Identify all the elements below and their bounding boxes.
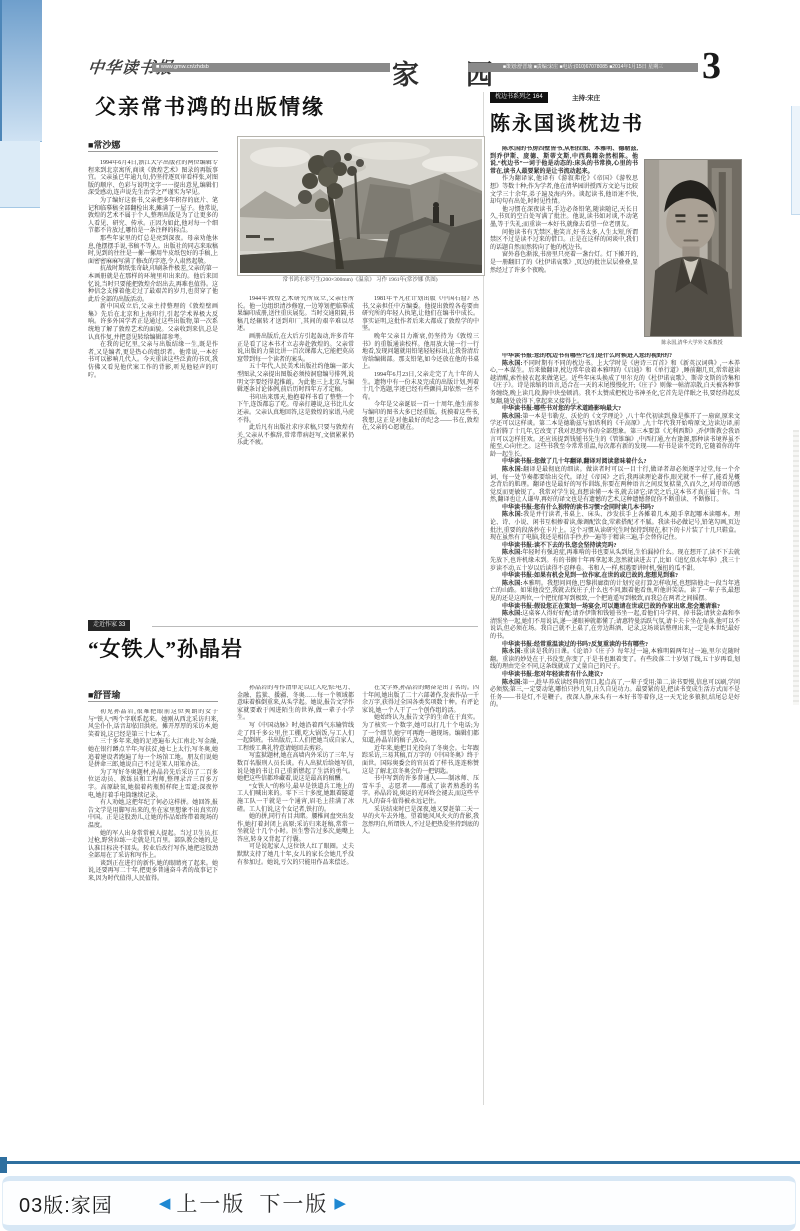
paragraph: 中华读书报:您的枕边书有哪些?它们是什么时候进入您的视野的?: [490, 353, 740, 361]
paragraph: 她的拼,同行有目共睹。腰椎间盘突出发作,她打着封闭上高原;采访归来赶稿,常常一坐…: [237, 814, 354, 844]
article1-painting-image: [237, 136, 485, 276]
byline-rule: [88, 701, 218, 702]
paragraph: 陈永国:不同时期有不同的枕边书。上大学时是《唐诗三百首》和《新英汉词典》,一本养…: [490, 361, 740, 407]
prev-page-link[interactable]: ◀ 上一版: [153, 1188, 246, 1218]
right-edge-panel: [791, 106, 800, 215]
paragraph: 可是说起家人,这位铁人红了眼圈。丈夫默默支持了她几十年,女儿的家长会她几乎没有参…: [237, 844, 354, 867]
masthead-info-bar: ■ www.gmw.cn/zhdsb: [152, 63, 390, 72]
paragraph: 那些年家里的灯总是亮到深夜。母亲劝他休息,他摆摆手说,书稿不等人。出版社的同志来…: [88, 236, 218, 266]
article2-column1: 初见孙晶岩,很难把眼前这位爽朗的女子与“铁人”两个字联系起来。她刚从西北采访归来…: [88, 709, 218, 1103]
prev-arrow-icon[interactable]: ◀: [159, 1194, 171, 1212]
paragraph: 窗外暮色渐浓,书房里只亮着一盏台灯。灯下摊开的,是一册翻旧了的《杜伊诺哀歌》,页…: [490, 252, 638, 275]
paragraph: 她始终认为,报告文学的生命在于真实。为了核实一个数字,她可以打几十个电话;为了一…: [362, 715, 479, 745]
paragraph: 她的军人出身常常被人提起。当过卫生员,扛过枪,野营拉练一走就是几百里。部队教会她…: [88, 831, 218, 861]
article3-qa-column: 中华读书报:您的枕边书有哪些?它们是什么时候进入您的视野的?陈永国:不同时期有不…: [490, 353, 740, 1105]
paragraph: 1981年平凡社计划出版《中国石窟》丛书,父亲担任中方编委。他提出敦煌各卷要由研…: [362, 296, 479, 334]
prev-page-label[interactable]: 上一版: [176, 1188, 245, 1218]
paragraph: 三十多年来,她的足迹遍布大江南北:写金融,她在银行蹲点半年;写扶贫,她七上太行;…: [88, 739, 218, 769]
paragraph: 新中国成立后,父亲主持整理的《敦煌壁画集》先后在北京和上海印行,引起学术界极大反…: [88, 304, 218, 342]
paragraph: 为了编好这套书,父亲把多年积存的底片、笔记和临摹稿全部翻检出来,摊满了一屋子。他…: [88, 198, 218, 236]
article3-title: 陈永国谈枕边书: [490, 107, 644, 136]
footer-line-cap: [0, 1157, 7, 1173]
article1-column2: 1944年敦煌艺术研究所成立,父亲任所长。他一边组织清沙修窟,一边筹划把临摹成果…: [237, 296, 354, 606]
article1-byline: ■常沙娜: [88, 138, 120, 151]
paragraph: 陈永国:我是并行读者,书桌上、床头、沙发扶手上各摊着几本,随手拿起哪本读哪本。理…: [490, 512, 740, 542]
paragraph: 初见孙晶岩,很难把眼前这位爽朗的女子与“铁人”两个字联系起来。她刚从西北采访归来…: [88, 709, 218, 739]
article3-portrait-photo: [644, 159, 742, 337]
paragraph: 1944年敦煌艺术研究所成立,父亲任所长。他一边组织清沙修窟,一边筹划把临摹成果…: [237, 296, 354, 334]
paragraph: 他习惯在深夜读书,手边必备铅笔,随读随记,天长日久,书页的空白处写满了批注。他说…: [490, 207, 638, 230]
paragraph: 在我的记忆里,父亲与出版结缘一生,既是作者,又是编者,更是热心的组织者。他常说,…: [88, 342, 218, 380]
paragraph: 中华读书报:如果有机会见到一位作家,在世的或已故的,您想见到谁?: [490, 573, 740, 581]
paragraph: 孙晶岩的写作清单足以让人吃惊:电力、金融、监狱、援疆、冬奥……每一个领域都意味着…: [237, 685, 354, 723]
footer-divider-line: [0, 1161, 800, 1164]
article1-column3: 1981年平凡社计划出版《中国石窟》丛书,父亲担任中方编委。他提出敦煌各卷要由研…: [362, 296, 479, 606]
left-decoration-panel: [0, 0, 42, 142]
paragraph: 五十年代,人民美术出版社约他编一部大型图录,父亲提出图版必须按洞窟编号排列,说明…: [237, 364, 354, 394]
paragraph: 陈永国:这桌客人得好好配:请乔伊斯和钱锺书坐一起,看他们斗学问、掉书袋;请狄金森…: [490, 611, 740, 641]
paragraph: 今年是父亲诞辰一百一十周年,他生前参与编印的图书大多已经重版。抚摸着这些书,我想…: [362, 402, 479, 432]
paragraph: “女铁人”的称号,最早是铁道兵工地上的工人们喊出来的。零下三十多度,她跟着隧道施…: [237, 784, 354, 814]
byline-rule: [88, 151, 218, 152]
article1-column1: 1994年6月4日,浙江大学出版社的两位编辑专程来到北京寓所,商谈《敦煌艺术》图…: [88, 160, 218, 606]
kicker-rule: [152, 626, 478, 627]
paragraph: 1994年6月4日,浙江大学出版社的两位编辑专程来到北京寓所,商谈《敦煌艺术》图…: [88, 160, 218, 198]
paragraph: 采访结束时已是深夜,她又要赶第二天一早的火车去外地。望着她风风火火的背影,我忽然…: [362, 807, 479, 837]
paragraph: 中华读书报:您对年轻读者有什么建议?: [490, 672, 740, 680]
paragraph: 书中写到的许多普通人——制冰师、压雪车手、志愿者——都成了读者熟悉的名字。孙晶岩…: [362, 776, 479, 806]
paragraph: 陈永国:第一,趁早养成读经典的胃口,起点高了,一辈子受用;第二,读书要慢,信息可…: [490, 680, 740, 710]
current-page-label: 03版:家园: [19, 1189, 113, 1218]
paragraph: 抗战时期纸张奇缺,印刷条件极差,父亲的第一本画册就是在那样的环境里印出来的。他后…: [88, 266, 218, 304]
page-navigation-bar: 03版:家园 ◀ 上一版 下一版 ▶: [2, 1176, 796, 1231]
article3-kicker-label: 枕边书系列之 164: [490, 92, 548, 103]
paragraph: 画册出版后,在大后方引起轰动,许多青年正是看了这本书才立志奔赴敦煌的。父亲常说,…: [237, 334, 354, 364]
paragraph: 书印出来那天,他抱着样书看了整整一个下午,连饭都忘了吃。母亲打趣说,这书比儿女还…: [237, 395, 354, 425]
painting-caption: 常书鸿水彩写生(200×300mm)《温泉》 习作 1961年(常沙娜 供图): [237, 275, 483, 283]
paragraph: 1994年6月23日,父亲走完了九十年的人生。遗物中有一份未及完成的出版计划,列…: [362, 372, 479, 402]
article2-title: “女铁人”孙晶岩: [88, 633, 243, 663]
paragraph: 陈永国:重读是我的日课。《论语》《庄子》每年过一遍,本雅明隔两年过一遍,里尔克随…: [490, 649, 740, 672]
portrait-caption: 陈永国,清华大学外文系教授: [640, 339, 744, 346]
next-page-label[interactable]: 下一版: [259, 1188, 328, 1218]
article2-column2: 孙晶岩的写作清单足以让人吃惊:电力、金融、监狱、援疆、冬奥……每一个领域都意味着…: [237, 685, 354, 1103]
portrait-photo-graphic: [645, 160, 741, 336]
paragraph: 为了写好冬奥题材,孙晶岩先后采访了二百多位运动员、教练员和工程师,整理录音三百多…: [88, 770, 218, 800]
next-arrow-icon[interactable]: ▶: [334, 1194, 346, 1212]
paragraph: 作为翻译家,他译有《游叙弗伦》《帝国》《游牧思想》等数十种;作为学者,他在清华园…: [490, 176, 638, 206]
paragraph: 写监狱题材,她在高墙内外采访了三年,与数百名服刑人员长谈。有人出狱后给她写信,说…: [237, 753, 354, 783]
adjacent-page-edge: [793, 430, 799, 705]
paragraph: 写《中国动脉》时,她沿着西气东输管线走了四千多公里,住工棚,吃大锅饭,与工人们一…: [237, 723, 354, 753]
paragraph: 此后凡有出版社求序求稿,只要与敦煌有关,父亲从不推辞,常常带病赶写,文债累累仍乐…: [237, 425, 354, 448]
article2-byline: ■舒晋瑜: [88, 688, 120, 701]
next-page-link[interactable]: 下一版 ▶: [259, 1188, 352, 1218]
paragraph: 问他读书有无禁区,他笑言,好书太多,人生太短,所谓禁区不过是读不过来的借口。正是…: [490, 230, 638, 253]
paragraph: 中华读书报:您做了几十年翻译,翻译对阅读意味着什么?: [490, 459, 740, 467]
article2-column3: 在文学界,孙晶岩的勤奋是出了名的。四十年间,她出版了二十六部著作,发表作品一千余…: [362, 685, 479, 1103]
left-decoration-panel-light: [0, 141, 40, 208]
paragraph: 晚年父亲目力渐衰,仍坚持为《敦煌三书》的重版通读校样。他用放大镜一行一行地看,发…: [362, 334, 479, 372]
article2-kicker-label: 走近作家 33: [88, 620, 130, 631]
paragraph: 谈到正在进行的新作,她的眼睛亮了起来。她说,还要再写二十年,把更多普通奋斗者的故…: [88, 861, 218, 884]
paragraph: 中华读书报:哪些书对您的学术道路影响最大?: [490, 406, 740, 414]
edition-info-bar: ■策划:舒晋瑜 ■责编:宋庄 ■电话:(010)67078085 ■2014年1…: [468, 63, 698, 72]
paragraph: 有人劝她,这把年纪了何必这样拼。她回答,报告文学是用脚写出来的,坐在家里想象不出…: [88, 800, 218, 830]
article1-title: 父亲常书鸿的出版情缘: [95, 91, 325, 121]
article3-host-label: 主持:宋庄: [572, 93, 600, 102]
paragraph: 陈永国的书房四壁皆书,从柏拉图、本雅明、德勒兹,到乔伊斯、庞德、斯蒂文斯,中西典…: [490, 146, 638, 176]
article3-intro: 陈永国的书房四壁皆书,从柏拉图、本雅明、德勒兹,到乔伊斯、庞德、斯蒂文斯,中西典…: [490, 146, 638, 348]
paragraph: 近年来,她把目光投向了冬奥会。七年跟踪采访,三易其稿,百万字的《中国冬奥》终于面…: [362, 746, 479, 776]
paragraph: 陈永国:第一本是韦勒克、沃伦的《文学理论》,八十年代初读到,像是推开了一扇窗,原…: [490, 414, 740, 460]
landscape-painting-graphic: [240, 139, 482, 273]
paragraph: 陈永国:本雅明。我想问问他,巴黎拱廊街的计划究竟打算怎样收尾,也想陪他走一段当年…: [490, 581, 740, 604]
paragraph: 陈永国:翻译是最彻底的细读。做读者时可以一目十行,做译者却必须逐字过堂,每一个介…: [490, 467, 740, 505]
page-number: 3: [702, 44, 721, 88]
paragraph: 陈永国:年轻时有强迫症,再难啃的书也要从头到尾,生怕漏掉什么。现在想开了,读不下…: [490, 550, 740, 573]
paragraph: 在文学界,孙晶岩的勤奋是出了名的。四十年间,她出版了二十六部著作,发表作品一千余…: [362, 685, 479, 715]
section-title: 家 园: [392, 53, 503, 92]
